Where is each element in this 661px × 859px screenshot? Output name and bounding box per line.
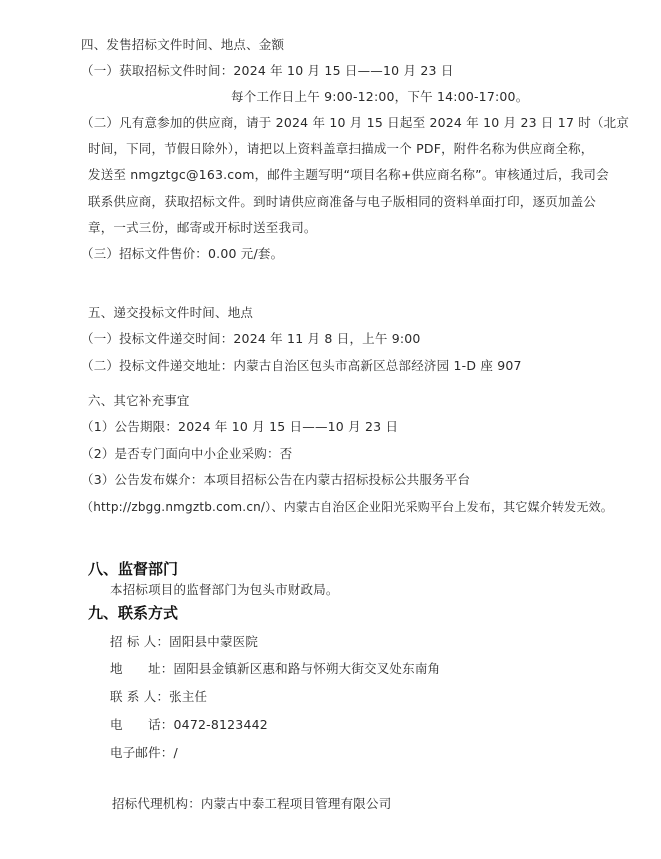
section-6-item-2: （2）是否专门面向中小企业采购：否 <box>81 446 292 462</box>
contact-value: 张主任 <box>169 689 207 704</box>
section-5-item-2: （二）投标文件递交地址：内蒙古自治区包头市高新区总部经济园 1-D 座 907 <box>81 358 522 374</box>
contact-label: 招 标 人： <box>110 634 169 650</box>
section-4-item-2-line-3: 发送至 nmgztgc@163.com，邮件主题写明“项目名称+供应商名称”。审… <box>88 167 609 183</box>
contact-label: 联 系 人： <box>110 689 169 705</box>
contact-row-email: 电子邮件：/ <box>110 745 178 761</box>
contact-label: 电子邮件： <box>110 745 174 761</box>
section-6-item-1: （1）公告期限：2024 年 10 月 15 日——10 月 23 日 <box>81 419 398 435</box>
agency-row: 招标代理机构：内蒙古中泰工程项目管理有限公司 <box>112 796 391 812</box>
section-4-item-1: （一）获取招标文件时间：2024 年 10 月 15 日——10 月 23 日 <box>81 63 454 79</box>
contact-row-tenderer: 招 标 人：固阳县中蒙医院 <box>110 634 258 650</box>
contact-value: 固阳县金镇新区惠和路与怀朔大街交叉处东南角 <box>174 661 441 676</box>
section-9-heading: 九、联系方式 <box>88 604 178 622</box>
section-4-item-1-hours: 每个工作日上午 9:00-12:00，下午 14:00-17:00。 <box>231 89 528 105</box>
section-4-item-2-line-4: 联系供应商，获取招标文件。到时请供应商准备与电子版相同的资料单面打印，逐页加盖公 <box>88 194 596 210</box>
contact-row-address: 地 址：固阳县金镇新区惠和路与怀朔大街交叉处东南角 <box>110 661 440 677</box>
contact-value: 0472-8123442 <box>174 717 268 732</box>
section-5-item-1: （一）投标文件递交时间：2024 年 11 月 8 日，上午 9:00 <box>81 331 421 347</box>
section-5-heading: 五、递交投标文件时间、地点 <box>88 305 253 321</box>
agency-label: 招标代理机构： <box>112 796 201 811</box>
agency-value: 内蒙古中泰工程项目管理有限公司 <box>201 796 392 811</box>
section-8-body: 本招标项目的监督部门为包头市财政局。 <box>110 582 339 598</box>
section-4-item-2-line-1: （二）凡有意参加的供应商，请于 2024 年 10 月 15 日起至 2024 … <box>81 115 629 131</box>
section-4-item-2-line-5: 章，一式三份，邮寄或开标时送至我司。 <box>88 220 317 236</box>
section-4-heading: 四、发售招标文件时间、地点、金额 <box>81 37 284 53</box>
contact-value: / <box>174 745 178 760</box>
contact-label: 电 话： <box>110 717 174 733</box>
contact-row-person: 联 系 人：张主任 <box>110 689 207 705</box>
section-4-item-3: （三）招标文件售价：0.00 元/套。 <box>81 246 283 262</box>
section-6-heading: 六、其它补充事宜 <box>88 393 190 409</box>
contact-row-phone: 电 话：0472-8123442 <box>110 717 268 733</box>
section-4-item-2-line-2: 时间，下同，节假日除外），请把以上资料盖章扫描成一个 PDF，附件名称为供应商全… <box>88 141 593 157</box>
contact-label: 地 址： <box>110 661 174 677</box>
contact-value: 固阳县中蒙医院 <box>169 634 258 649</box>
section-6-item-3-line-1: （3）公告发布媒介：本项目招标公告在内蒙古招标投标公共服务平台 <box>81 472 470 488</box>
section-8-heading: 八、监督部门 <box>88 560 178 578</box>
section-6-item-3-line-2: （http://zbgg.nmgztb.com.cn/）、内蒙古自治区企业阳光采… <box>81 499 613 515</box>
